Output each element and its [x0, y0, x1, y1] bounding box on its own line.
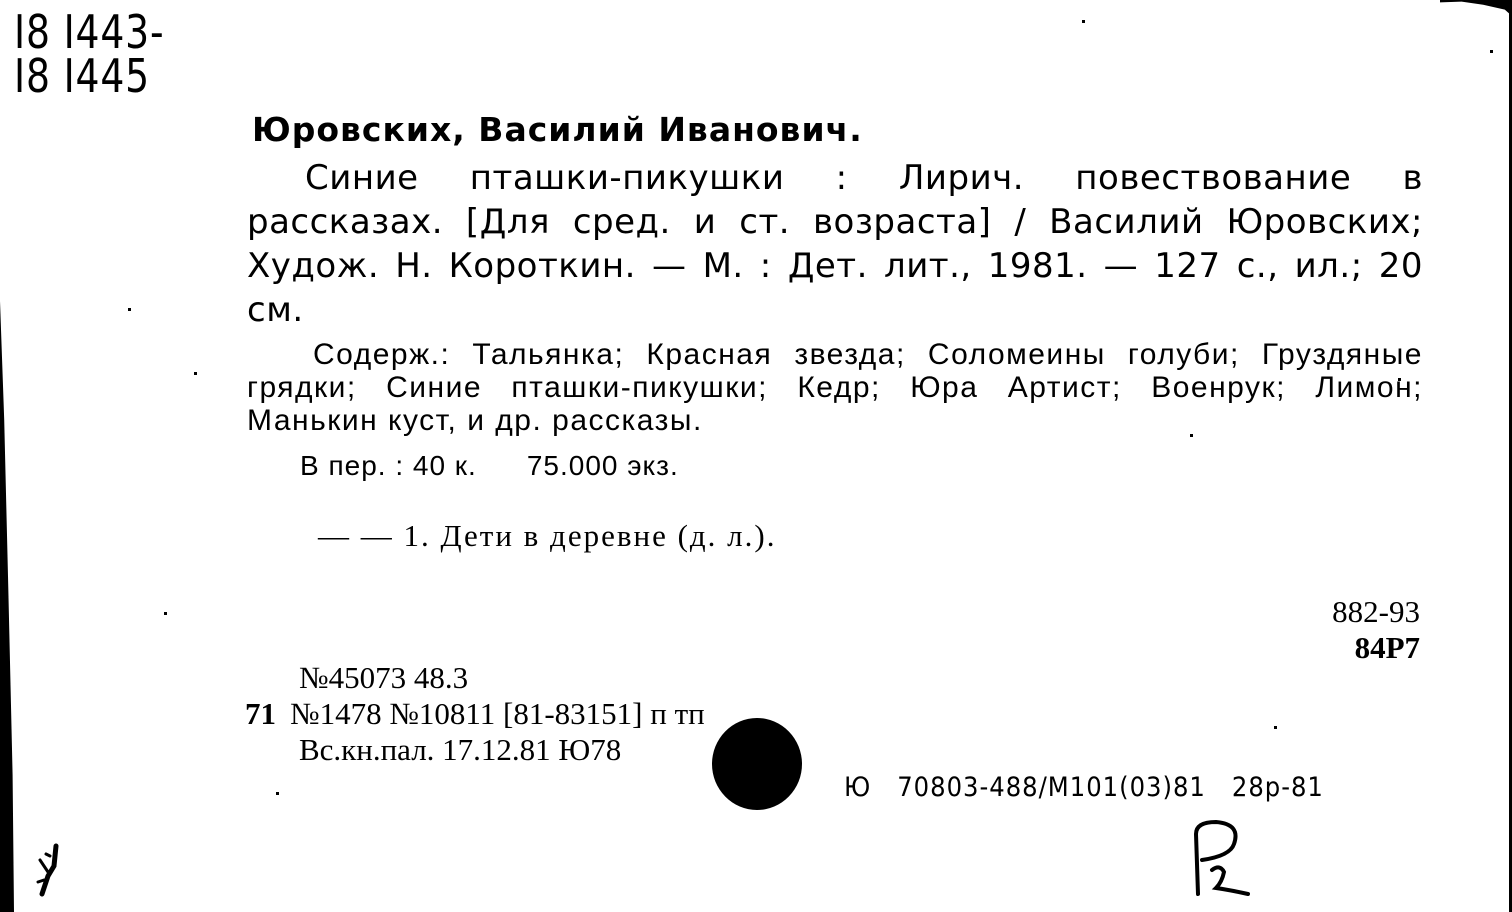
- shelf-mark: I8 I443- I8 I445: [14, 10, 164, 98]
- scan-speck: [194, 372, 197, 375]
- scan-speck: [276, 792, 279, 795]
- accession-line-1: №45073 48.3: [299, 660, 705, 696]
- scan-speck: [1190, 434, 1193, 437]
- scan-edge-left: [0, 0, 14, 912]
- bibliographic-description: Синие пташки-пикушки : Лирич. повествова…: [247, 156, 1423, 332]
- shelf-mark-line-2: I8 I445: [14, 54, 164, 98]
- ink-mark-icon: [34, 842, 64, 900]
- scan-speck: [1082, 20, 1085, 23]
- shelf-mark-line-1: I8 I443-: [14, 10, 164, 54]
- accession-line-2-text: №1478 №10811 [81-83151] п тп: [290, 696, 705, 731]
- accession-line-2: 71№1478 №10811 [81-83151] п тп: [245, 696, 705, 732]
- scan-speck: [128, 308, 131, 311]
- scan-edge-top-right: [1440, 0, 1512, 16]
- subject-heading: — — 1. Дети в деревне (д. л.).: [318, 518, 776, 554]
- scan-speck: [164, 612, 167, 615]
- scan-speck: [1490, 50, 1493, 53]
- author-heading: Юровских, Василий Иванович.: [252, 110, 863, 149]
- punch-hole: [712, 718, 802, 810]
- classification: 882-93 84Р7: [1332, 594, 1420, 666]
- publisher-code-letter: Ю: [844, 772, 871, 803]
- scan-speck: [1274, 726, 1277, 729]
- accession-line-3: Вс.кн.пал. 17.12.81 Ю78: [299, 732, 705, 768]
- accession-block: №45073 48.3 71№1478 №10811 [81-83151] п …: [245, 660, 705, 768]
- accession-prefix: 71: [245, 696, 276, 731]
- catalog-card: I8 I443- I8 I445 Юровских, Василий Ивано…: [0, 0, 1512, 912]
- publisher-code-order: 28р-81: [1232, 772, 1324, 803]
- description-text: Синие пташки-пикушки : Лирич. повествова…: [247, 158, 1423, 330]
- scan-speck: [1398, 378, 1401, 381]
- udc-index: 882-93: [1332, 594, 1420, 630]
- publisher-code-number: 70803-488/М101(03)81: [897, 772, 1206, 803]
- publisher-code: Ю70803-488/М101(03)8128р-81: [844, 772, 1324, 803]
- bbk-index: 84Р7: [1332, 630, 1420, 666]
- print-run: 75.000 экз.: [527, 450, 679, 481]
- price: В пер. : 40 к.: [300, 450, 477, 481]
- contents-note: Содерж.: Тальянка; Красная звезда; Солом…: [247, 338, 1423, 437]
- handwritten-note-icon: [1186, 814, 1256, 898]
- contents-text: Содерж.: Тальянка; Красная звезда; Солом…: [247, 338, 1423, 437]
- price-line: В пер. : 40 к.75.000 экз.: [300, 450, 679, 482]
